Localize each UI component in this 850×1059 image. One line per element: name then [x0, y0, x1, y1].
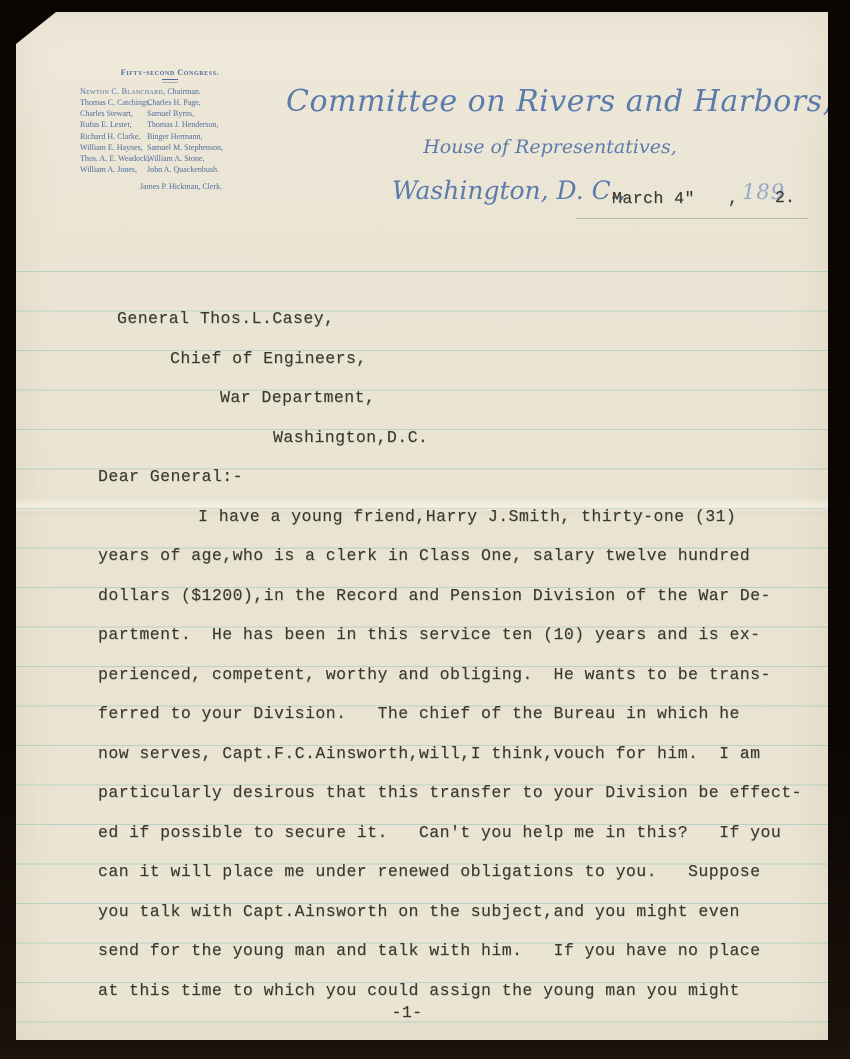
letter-line: dollars ($1200),in the Record and Pensio…: [98, 576, 814, 616]
committee-member-name: Thos. A. E. Weadock,: [80, 153, 147, 164]
letter-body: General Thos.L.Casey,Chief of Engineers,…: [98, 299, 814, 1010]
committee-member-name: Charles H. Page,: [147, 97, 201, 108]
committee-roster-rows: Thomas C. Catchings,Charles H. Page,Char…: [80, 97, 260, 175]
committee-member-name: Samuel Byrns,: [147, 108, 194, 119]
chairman-line: Newton C. Blanchard, Chairman.: [80, 86, 260, 97]
letter-line: I have a young friend,Harry J.Smith, thi…: [98, 497, 814, 537]
committee-member-row: Charles Stewart,Samuel Byrns,: [80, 108, 260, 119]
letter-line: General Thos.L.Casey,: [98, 299, 814, 339]
clerk-line: James P. Hickman, Clerk.: [80, 182, 260, 191]
letterhead-title: Committee on Rivers and Harbors,: [286, 84, 766, 119]
letter-line: now serves, Capt.F.C.Ainsworth,will,I th…: [98, 734, 814, 774]
committee-member-name: Charles Stewart,: [80, 108, 147, 119]
letter-line: particularly desirous that this transfer…: [98, 773, 814, 813]
committee-member-row: William A. Jones,John A. Quackenbush.: [80, 164, 260, 175]
committee-member-row: Thos. A. E. Weadock,William A. Stone,: [80, 153, 260, 164]
committee-member-name: William E. Haynes,: [80, 142, 147, 153]
letter-line: years of age,who is a clerk in Class One…: [98, 536, 814, 576]
photo-backdrop: Fifty-second Congress. Newton C. Blancha…: [0, 0, 850, 1059]
committee-member-name: Binger Hermann,: [147, 131, 203, 142]
letter-line: Dear General:-: [98, 457, 814, 497]
letterhead-subtitle: House of Representatives,: [330, 136, 770, 158]
committee-member-row: Thomas C. Catchings,Charles H. Page,: [80, 97, 260, 108]
letter-line: perienced, competent, worthy and obligin…: [98, 655, 814, 695]
committee-roster: Fifty-second Congress. Newton C. Blancha…: [80, 68, 260, 191]
heading-ornament: [162, 79, 178, 83]
letter-line: Washington,D.C.: [98, 418, 814, 458]
typed-year-digit: 2.: [775, 188, 795, 207]
letter-line: can it will place me under renewed oblig…: [98, 852, 814, 892]
congress-heading: Fifty-second Congress.: [80, 68, 260, 77]
committee-member-name: William A. Jones,: [80, 164, 147, 175]
page-number: -1-: [16, 1003, 798, 1022]
committee-member-name: Thomas J. Henderson,: [147, 119, 219, 130]
letter-line: ferred to your Division. The chief of th…: [98, 694, 814, 734]
letter-line: War Department,: [98, 378, 814, 418]
letter-line: Chief of Engineers,: [98, 339, 814, 379]
letter-line: send for the young man and talk with him…: [98, 931, 814, 971]
committee-member-row: Richard H. Clarke,Binger Hermann,: [80, 131, 260, 142]
committee-member-row: Rufus E. Lester,Thomas J. Henderson,: [80, 119, 260, 130]
committee-member-name: John A. Quackenbush.: [147, 164, 219, 175]
committee-member-name: Rufus E. Lester,: [80, 119, 147, 130]
chairman-title: Chairman.: [167, 87, 201, 96]
letter-page: Fifty-second Congress. Newton C. Blancha…: [16, 12, 828, 1040]
typed-date: March 4": [612, 189, 695, 208]
committee-member-name: Samuel M. Stephenson,: [147, 142, 223, 153]
letterhead-city: Washington, D. C.,: [392, 176, 626, 205]
letter-line: ed if possible to secure it. Can't you h…: [98, 813, 814, 853]
letter-line: you talk with Capt.Ainsworth on the subj…: [98, 892, 814, 932]
committee-member-name: Richard H. Clarke,: [80, 131, 147, 142]
committee-member-name: Thomas C. Catchings,: [80, 97, 147, 108]
date-comma: ,: [728, 189, 738, 208]
letter-line: partment. He has been in this service te…: [98, 615, 814, 655]
chairman-name: Newton C. Blanchard,: [80, 87, 165, 96]
date-blank-rule: [576, 218, 808, 219]
committee-member-name: William A. Stone,: [147, 153, 204, 164]
committee-member-row: William E. Haynes,Samuel M. Stephenson,: [80, 142, 260, 153]
